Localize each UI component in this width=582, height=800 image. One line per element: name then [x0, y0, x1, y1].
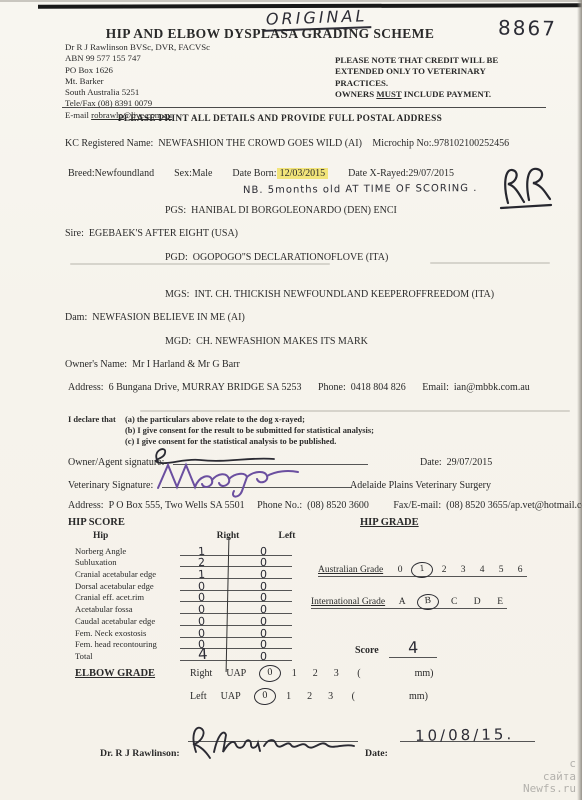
- contact-line: ABN 99 577 155 747: [65, 53, 210, 64]
- credit-owners-pre: OWNERS: [335, 89, 376, 99]
- declaration-intro: I declare that: [68, 415, 116, 424]
- contact-line: South Australia 5251: [65, 87, 210, 98]
- breed-line: Breed:Newfoundland Sex:Male Date Born:12…: [68, 168, 454, 179]
- mm-label: mm): [415, 668, 434, 679]
- international-grade-label: International Grade: [311, 597, 385, 607]
- grade-option: B: [417, 593, 440, 610]
- sire-label: Sire:: [65, 228, 84, 239]
- vet-address-line: Address:P O Box 555, Two Wells SA 5501 P…: [68, 500, 582, 511]
- sex-group: Sex:Male: [174, 168, 212, 179]
- scan-top-edge: [0, 0, 582, 2]
- elbow-left-row: Left UAP 0 1 2 3 ( mm): [190, 691, 428, 702]
- elbow-option: 1: [287, 668, 301, 679]
- owner-date-value: 29/07/2015: [447, 457, 493, 468]
- grade-option: C: [447, 597, 461, 607]
- scan-streak: [430, 262, 550, 264]
- right-total: 4: [198, 645, 208, 663]
- vet-phone-value: (08) 8520 3600: [307, 500, 369, 511]
- dam-line: Dam:NEWFASION BELIEVE IN ME (AI): [65, 312, 245, 323]
- elbow-option: 2: [303, 691, 317, 702]
- reference-number: 8867: [498, 15, 557, 40]
- owner-address-value: 6 Bungana Drive, MURRAY BRIDGE SA 5253: [109, 382, 302, 393]
- owner-phone-label: Phone:: [318, 382, 346, 393]
- credit-owners-must: MUST: [376, 89, 401, 99]
- elbow-right-label: Right: [190, 668, 212, 679]
- mm-label: mm): [409, 691, 428, 702]
- owner-email-label: Email:: [422, 382, 449, 393]
- rawlinson-label: Dr. R J Rawlinson:: [100, 748, 180, 759]
- breed-group: Breed:Newfoundland: [68, 168, 154, 179]
- grade-option: 6: [513, 565, 527, 575]
- credit-line: PLEASE NOTE THAT CREDIT WILL BE: [335, 55, 498, 66]
- grade-option: 4: [475, 565, 489, 575]
- elbow-option: 0: [259, 664, 282, 682]
- dam-value: NEWFASION BELIEVE IN ME (AI): [92, 312, 245, 323]
- dob-group: Date Born:12/03/2015: [232, 168, 328, 179]
- elbow-right-row: Right UAP 0 1 2 3 ( mm): [190, 668, 433, 679]
- elbow-option: 3: [329, 668, 343, 679]
- elbow-option: 3: [324, 691, 338, 702]
- score-label: Score: [355, 645, 379, 656]
- vet-address-label: Address:: [68, 500, 104, 511]
- vet-initials-signature: [496, 163, 552, 215]
- grade-option: 3: [456, 565, 470, 575]
- kc-name-value: NEWFASHION THE CROWD GOES WILD (AI): [158, 138, 362, 149]
- watermark-line: Newfs.ru: [523, 783, 576, 796]
- breed-value: Newfoundland: [95, 168, 154, 179]
- owner-email-value: ian@mbbk.com.au: [454, 382, 530, 393]
- dob-label: Date Born:: [232, 168, 276, 179]
- microchip-label: Microchip No:.: [372, 138, 434, 149]
- scan-right-edge: [577, 0, 582, 800]
- score-value: 4: [408, 638, 419, 657]
- owner-address-line: Address:6 Bungana Drive, MURRAY BRIDGE S…: [68, 382, 530, 393]
- scanned-form-page: ORIGINAL HIP AND ELBOW DYSPLASA GRADING …: [0, 0, 582, 800]
- credit-line: OWNERS MUST INCLUDE PAYMENT.: [335, 89, 498, 100]
- grade-option: E: [493, 597, 507, 607]
- kc-name-label: KC Registered Name:: [65, 138, 153, 149]
- vet-practice: Adelaide Plains Veterinary Surgery: [350, 480, 491, 491]
- watermark-line: с: [523, 758, 576, 771]
- mm-paren: (: [352, 691, 355, 702]
- kc-name-line: KC Registered Name:NEWFASHION THE CROWD …: [65, 138, 509, 149]
- international-grade-row: International Grade A B C D E: [311, 597, 507, 609]
- grade-option: 1: [411, 561, 434, 578]
- mgs-value: INT. CH. THICKISH NEWFOUNDLAND KEEPEROFF…: [194, 289, 494, 300]
- credit-note: PLEASE NOTE THAT CREDIT WILL BE EXTENDED…: [335, 55, 498, 100]
- left-total: 0: [260, 650, 267, 663]
- owner-name-line: Owner's Name:Mr I Harland & Mr G Barr: [65, 359, 240, 370]
- elbow-option: 0: [253, 687, 276, 705]
- elbow-option: 2: [308, 668, 322, 679]
- australian-grade-row: Australian Grade 0 1 2 3 4 5 6: [318, 565, 527, 577]
- breed-label: Breed:: [68, 168, 95, 179]
- owner-phone-value: 0418 804 826: [351, 382, 406, 393]
- pgs-value: HANIBAL DI BORGOLEONARDO (DEN) ENCI: [191, 205, 397, 216]
- rawlinson-signature-image: [186, 722, 361, 762]
- credit-line: EXTENDED ONLY TO VETERINARY: [335, 66, 498, 77]
- vet-signature-image: [152, 458, 302, 496]
- header-divider: [62, 107, 546, 108]
- watermark: с сайта Newfs.ru: [523, 758, 576, 796]
- sex-value: Male: [192, 168, 213, 179]
- contact-line: Tele/Fax (08) 8391 0079: [65, 98, 210, 109]
- dam-label: Dam:: [65, 312, 87, 323]
- mm-paren: (: [357, 668, 360, 679]
- owner-name-label: Owner's Name:: [65, 359, 127, 370]
- pgs-line: PGS:HANIBAL DI BORGOLEONARDO (DEN) ENCI: [165, 205, 397, 216]
- xray-value: 29/07/2015: [408, 168, 454, 179]
- score-row: Score 4: [355, 638, 437, 658]
- hip-score-heading: HIP SCORE: [68, 517, 125, 528]
- owner-address-label: Address:: [68, 382, 104, 393]
- australian-grade-label: Australian Grade: [318, 565, 383, 575]
- pgd-line: PGD:OGOPOGO"S DECLARATIONOFLOVE (ITA): [165, 252, 388, 263]
- elbow-left-label: Left: [190, 691, 207, 702]
- grade-option: 5: [494, 565, 508, 575]
- declaration-item: (a) the particulars above relate to the …: [125, 415, 374, 426]
- contact-line: Dr R J Rawlinson BVSc, DVR, FACVSc: [65, 42, 210, 53]
- uap-label: UAP: [226, 668, 246, 679]
- vet-signature-label: Veterinary Signature:: [68, 480, 153, 491]
- grade-option: A: [395, 597, 409, 607]
- grade-option: 0: [393, 565, 407, 575]
- mgs-line: MGS:INT. CH. THICKISH NEWFOUNDLAND KEEPE…: [165, 289, 494, 300]
- elbow-grade-heading: ELBOW GRADE: [75, 668, 155, 679]
- credit-line: PRACTICES.: [335, 78, 498, 89]
- uap-label: UAP: [221, 691, 241, 702]
- credit-owners-post: INCLUDE PAYMENT.: [402, 89, 492, 99]
- contact-line: Mt. Barker: [65, 76, 210, 87]
- sex-label: Sex:: [174, 168, 192, 179]
- declaration-block: I declare that (a) the particulars above…: [68, 415, 488, 426]
- grade-option: D: [470, 597, 484, 607]
- form-title: HIP AND ELBOW DYSPLASA GRADING SCHEME: [0, 26, 540, 42]
- pgd-value: OGOPOGO"S DECLARATIONOFLOVE (ITA): [193, 252, 389, 263]
- microchip-value: 978102100252456: [434, 138, 509, 149]
- owner-date-line: Date:29/07/2015: [420, 457, 492, 468]
- xray-group: Date X-Rayed:29/07/2015: [348, 168, 454, 179]
- print-instruction: PLEASE PRINT ALL DETAILS AND PROVIDE FUL…: [0, 114, 560, 124]
- pgd-label: PGD:: [165, 252, 188, 263]
- dob-value-highlighted: 12/03/2015: [277, 168, 329, 179]
- declaration-item: (b) I give consent for the result to be …: [125, 426, 374, 437]
- contact-block: Dr R J Rawlinson BVSc, DVR, FACVSc ABN 9…: [65, 42, 210, 121]
- hip-grade-heading: HIP GRADE: [360, 517, 419, 528]
- mgd-value: CH. NEWFASHION MAKES ITS MARK: [196, 336, 368, 347]
- pgs-label: PGS:: [165, 205, 186, 216]
- mgs-label: MGS:: [165, 289, 189, 300]
- vet-fax-value: (08) 8520 3655/ap.vet@hotmail.com: [446, 500, 582, 511]
- sire-line: Sire:EGEBAEK'S AFTER EIGHT (USA): [65, 228, 238, 239]
- mgd-label: MGD:: [165, 336, 191, 347]
- footer-date-label: Date:: [365, 748, 388, 759]
- elbow-option: 1: [282, 691, 296, 702]
- mgd-line: MGD:CH. NEWFASHION MAKES ITS MARK: [165, 336, 368, 347]
- xray-label: Date X-Rayed:: [348, 168, 408, 179]
- grade-option: 2: [437, 565, 451, 575]
- sire-value: EGEBAEK'S AFTER EIGHT (USA): [89, 228, 238, 239]
- vet-address-value: P O Box 555, Two Wells SA 5501: [109, 500, 245, 511]
- owner-name-value: Mr I Harland & Mr G Barr: [132, 359, 240, 370]
- hip-score-table: Hip Right Left Norberg Angle10 Subluxati…: [75, 531, 375, 661]
- footer-date-value: 10/08/15.: [415, 725, 514, 745]
- handwritten-age-note: NB. 5months old AT TIME OF SCORING .: [243, 183, 477, 196]
- vet-phone-label: Phone No.:: [257, 500, 302, 511]
- scan-streak: [70, 263, 330, 265]
- contact-line: PO Box 1626: [65, 65, 210, 76]
- scan-streak: [140, 410, 570, 412]
- owner-date-label: Date:: [420, 457, 442, 468]
- vet-fax-label: Fax/E-mail:: [393, 500, 441, 511]
